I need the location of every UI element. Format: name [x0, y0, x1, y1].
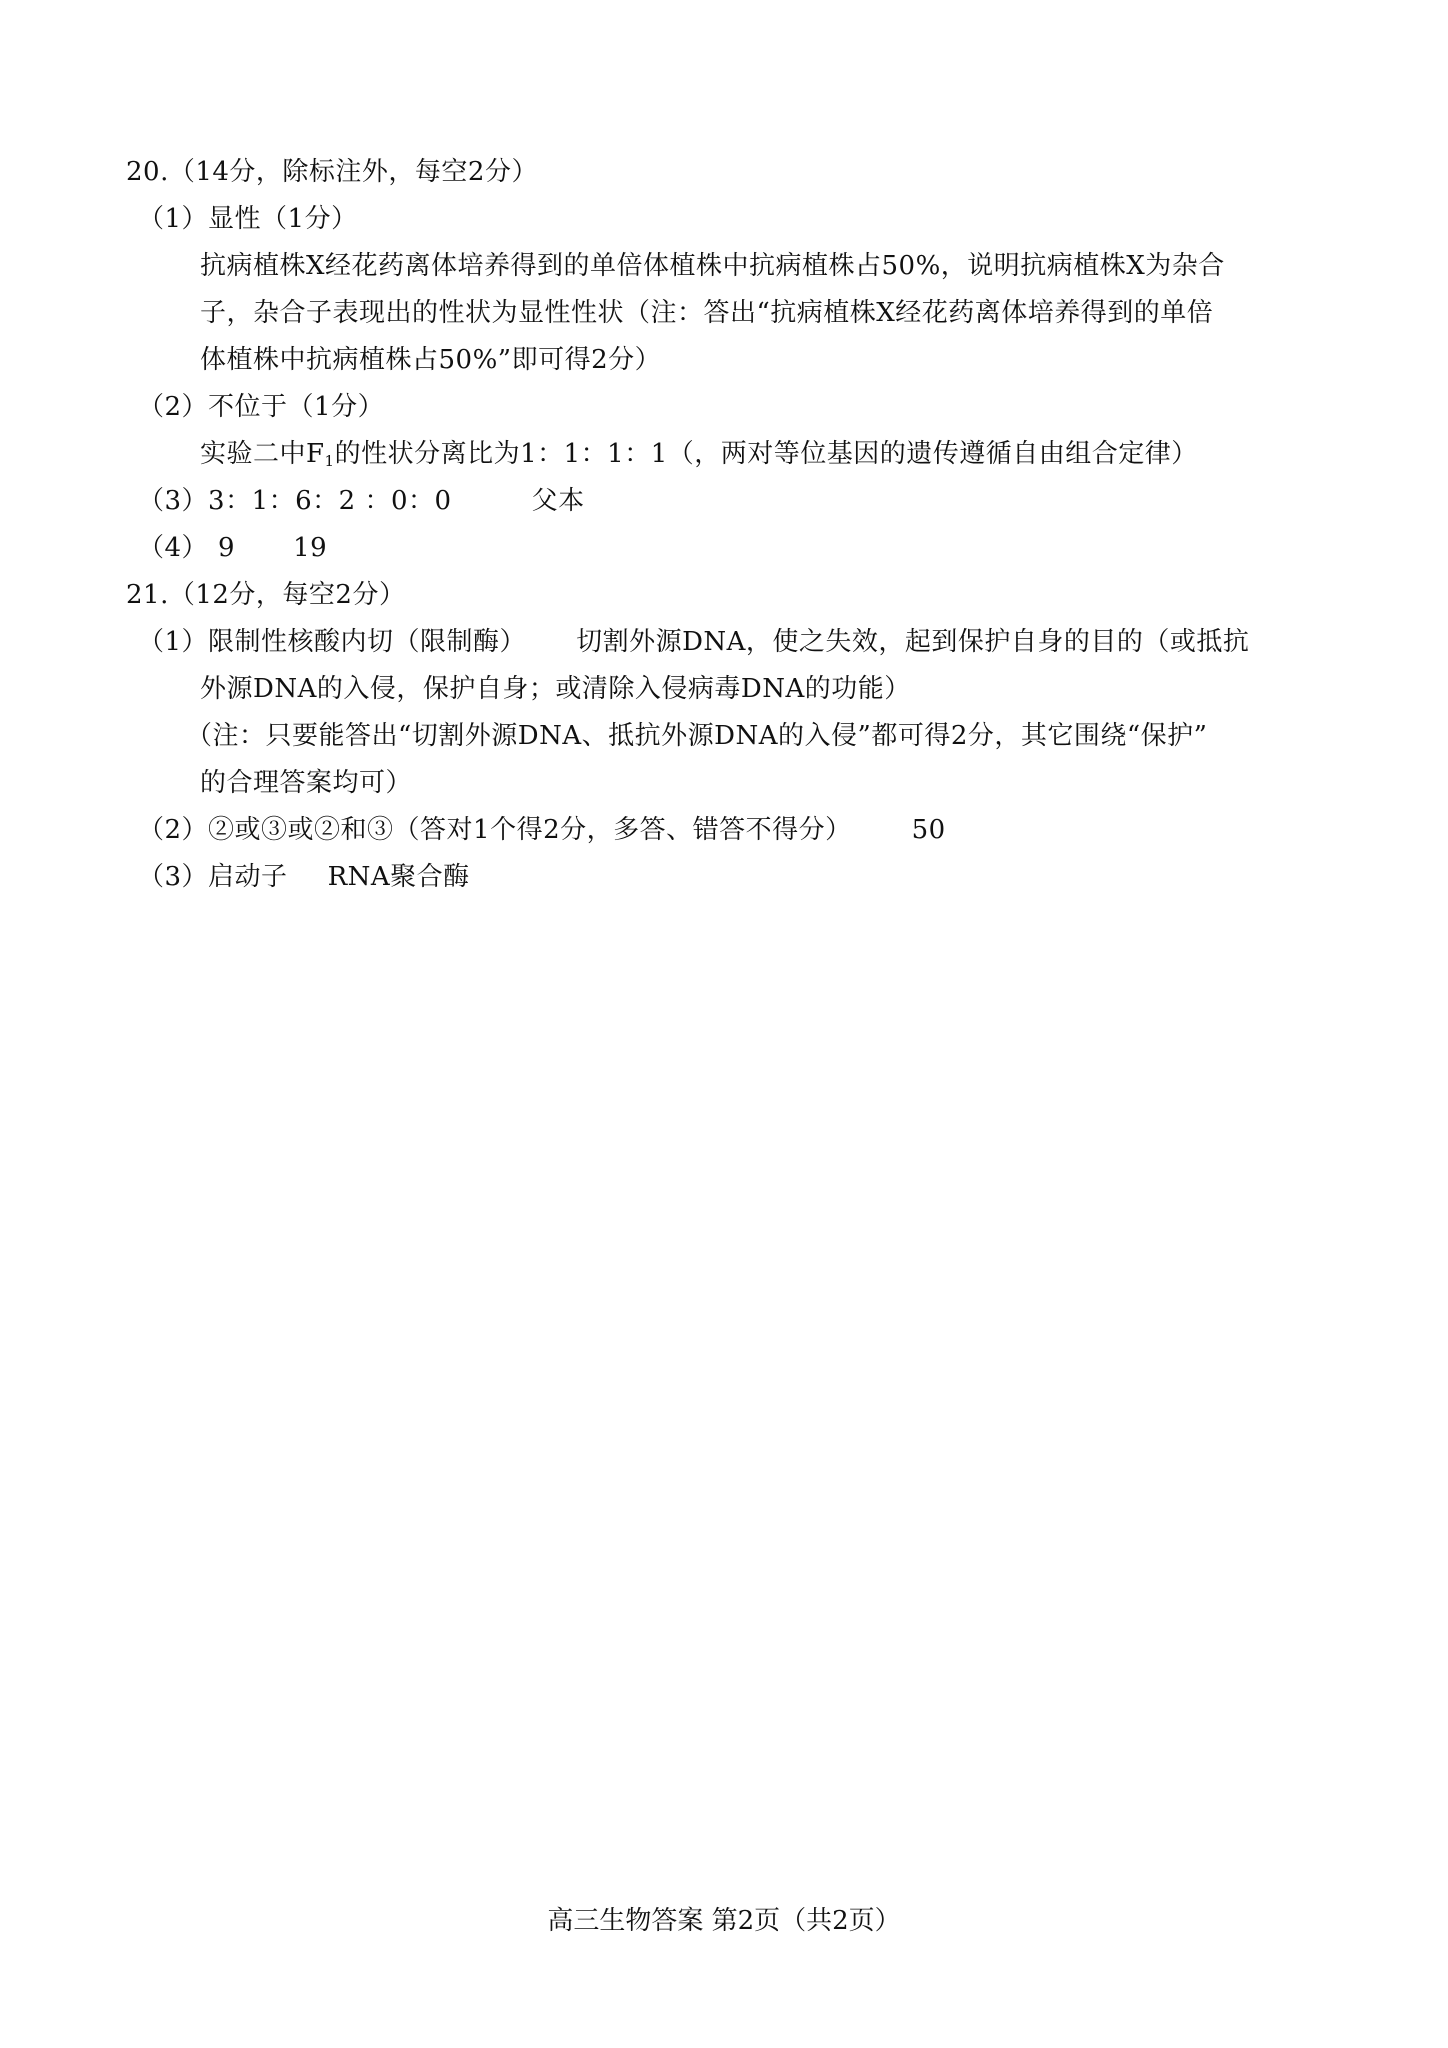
answer-2: 切割外源DNA，使之失效，起到保护自身的目的（或抵抗 — [576, 627, 1249, 657]
ratio-answer: 3：1：6：2 ：0：0 — [208, 486, 452, 516]
page-footer: 高三生物答案 第2页（共2页） — [0, 1905, 1448, 1937]
q20-header: 20.（14分，除标注外，每空2分） — [126, 156, 538, 188]
q20-part1-explanation-line1: 抗病植株X经花药离体培养得到的单倍体植株中抗病植株占50%，说明抗病植株X为杂合 — [200, 250, 1225, 282]
q21-part1-answer-line2: 外源DNA的入侵，保护自身；或清除入侵病毒DNA的功能） — [200, 673, 911, 705]
answer-2: 19 — [293, 533, 327, 563]
subscript: 1 — [325, 452, 335, 470]
parent-answer: 父本 — [532, 486, 585, 516]
part-label: （2） — [138, 392, 208, 422]
answer-text: 不位于（1分） — [208, 392, 384, 422]
part-label: （3） — [138, 862, 208, 892]
answer-1: 限制性核酸内切（限制酶） — [208, 627, 526, 657]
explanation-pre: 实验二中F — [200, 439, 325, 469]
q20-part4-answer: （4）919 — [138, 532, 327, 564]
answer-1: ②或③或②和③（答对1个得2分，多答、错答不得分） — [208, 815, 852, 845]
answer-2: RNA聚合酶 — [328, 862, 470, 892]
q21-part1-answer: （1）限制性核酸内切（限制酶）切割外源DNA，使之失效，起到保护自身的目的（或抵… — [138, 626, 1249, 658]
q21-header: 21.（12分，每空2分） — [126, 579, 405, 611]
q20-part2-answer: （2）不位于（1分） — [138, 391, 384, 423]
part-label: （4） — [138, 533, 208, 563]
part-label: （2） — [138, 815, 208, 845]
q20-part3-answer: （3）3：1：6：2 ：0：0父本 — [138, 485, 585, 517]
q20-part1-answer: （1）显性（1分） — [138, 203, 358, 235]
answer-1: 启动子 — [208, 862, 288, 892]
q21-part1-note-line2: 的合理答案均可） — [200, 767, 412, 799]
part-label: （1） — [138, 204, 208, 234]
q20-part2-explanation: 实验二中F1的性状分离比为1：1：1：1（，两对等位基因的遗传遵循自由组合定律） — [200, 438, 1198, 477]
answer-2: 50 — [912, 815, 946, 845]
q21-part1-note-line1: （注：只要能答出“切割外源DNA、抵抗外源DNA的入侵”都可得2分，其它围绕“保… — [186, 720, 1207, 752]
part-label: （1） — [138, 627, 208, 657]
q20-part1-explanation-line3: 体植株中抗病植株占50%”即可得2分） — [200, 344, 661, 376]
explanation-post: 的性状分离比为1：1：1：1（，两对等位基因的遗传遵循自由组合定律） — [335, 439, 1198, 469]
part-label: （3） — [138, 486, 208, 516]
answer-1: 9 — [218, 533, 235, 563]
q21-part3-answer: （3）启动子RNA聚合酶 — [138, 861, 470, 893]
q21-part2-answer: （2）②或③或②和③（答对1个得2分，多答、错答不得分）50 — [138, 814, 946, 846]
q20-part1-explanation-line2: 子，杂合子表现出的性状为显性性状（注：答出“抗病植株X经花药离体培养得到的单倍 — [200, 297, 1213, 329]
answer-text: 显性（1分） — [208, 204, 358, 234]
